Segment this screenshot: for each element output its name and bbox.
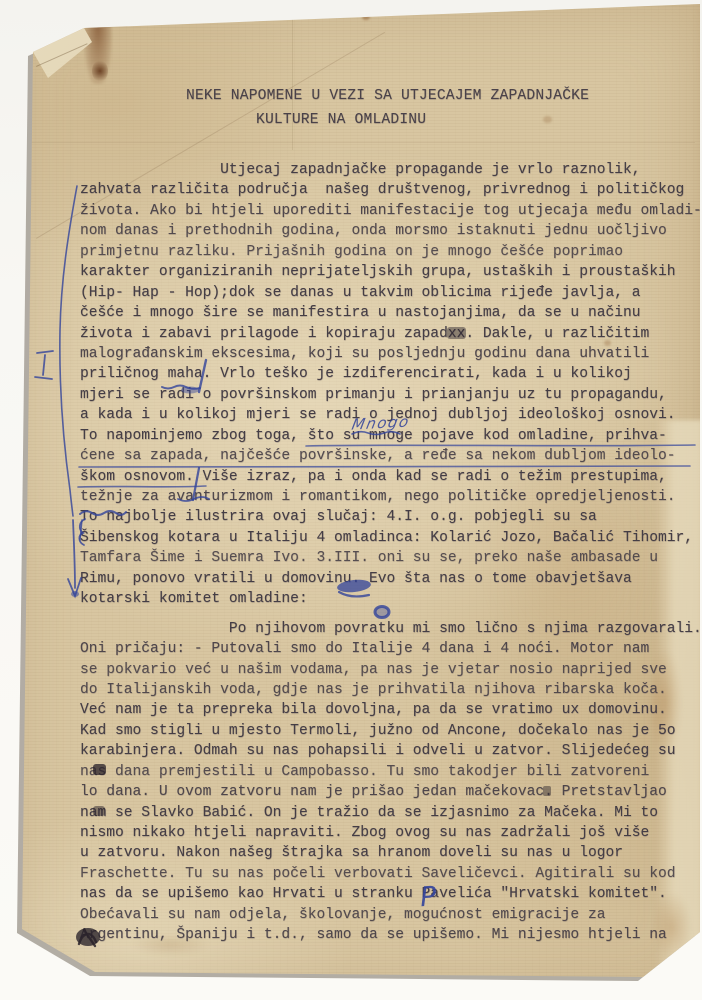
typed-line: Rimu, ponovo vratili u domovinu. Evo šta… xyxy=(80,569,702,589)
typed-line: To najbolje ilustrira ovaj slučaj: 4.I. … xyxy=(80,507,702,527)
typed-line: nas da se upišemo kao Hrvati u stranku P… xyxy=(80,884,702,904)
typed-line: Šibenskog kotara u Italiju 4 omladinca: … xyxy=(80,528,702,548)
typed-line: nas dana premjestili u Campobasso. Tu sm… xyxy=(80,762,702,782)
crease-line xyxy=(30,142,695,143)
typed-line: lo dana. U ovom zatvoru nam je prišao je… xyxy=(80,782,702,802)
margin-line-ink xyxy=(60,186,77,516)
document-title-line-2: KULTURE NA OMLADINU xyxy=(256,110,426,130)
typed-body: Utjecaj zapadnjačke propagande je vrlo r… xyxy=(80,160,702,946)
typed-line: češće i mnogo šire se manifestira u nast… xyxy=(80,303,702,323)
paper-sheet: NEKE NAPOMENE U VEZI SA UTJECAJEM ZAPADN… xyxy=(0,0,702,1000)
margin-arrow-blot xyxy=(71,591,79,597)
typed-line: Tamfara Šime i Suemra Ivo. 3.III. oni su… xyxy=(80,548,702,568)
typed-line: Obećavali su nam odjela, školovanje, mog… xyxy=(80,905,702,925)
typed-line: Oni pričaju: - Putovali smo do Italije 4… xyxy=(80,639,702,659)
typed-line: Po njihovom povratku mi smo lično s njim… xyxy=(80,619,702,639)
typed-line: karabinjera. Odmah su nas pohapsili i od… xyxy=(80,741,702,761)
fold-crease xyxy=(36,43,88,67)
typed-line: života. Ako bi htjeli uporediti manifest… xyxy=(80,201,702,221)
typed-line: nismo nikako htjeli napraviti. Zbog ovog… xyxy=(80,823,702,843)
margin-mark-bar-bottom xyxy=(35,377,52,379)
typed-line: (Hip- Hap - Hop);dok se danas u takvim o… xyxy=(80,283,702,303)
age-spot xyxy=(362,14,370,20)
margin-arrow-ink xyxy=(73,520,75,588)
typed-line: škom osnovom. Više izraz, pa i onda kad … xyxy=(80,467,702,487)
typed-line: mjeri se radi o površinskom primanju i p… xyxy=(80,385,702,405)
typed-line: priličnog maha. Vrlo teško je izdiferenc… xyxy=(80,364,702,384)
age-spot xyxy=(543,116,552,123)
typed-line: do Italijanskih voda, gdje nas je prihva… xyxy=(80,680,702,700)
margin-mark-bar-top xyxy=(37,351,53,353)
margin-mark-stem xyxy=(43,355,45,375)
typed-line: težnje za avanturizmom i romantikom, neg… xyxy=(80,487,702,507)
typed-line: zahvata različita područja našeg društve… xyxy=(80,180,702,200)
typed-line: primjetnu razliku. Prijašnih godina on j… xyxy=(80,242,702,262)
typed-line: života i zabavi prilagode i kopiraju zap… xyxy=(80,324,702,344)
typed-line: se pokvario već u našim vodama, pa nas j… xyxy=(80,660,702,680)
typed-line: Utjecaj zapadnjačke propagande je vrlo r… xyxy=(80,160,702,180)
typed-line: ćene sa zapada, najčešće površinske, a r… xyxy=(80,446,702,466)
rust-stain xyxy=(92,60,108,82)
scanned-document-page: NEKE NAPOMENE U VEZI SA UTJECAJEM ZAPADN… xyxy=(0,0,702,1000)
typed-line: Kad smo stigli u mjesto Termoli, južno o… xyxy=(80,721,702,741)
typed-line: Argentinu, Španiju i t.d., samo da se up… xyxy=(80,925,702,945)
rust-stain xyxy=(88,2,98,16)
handwritten-inserted-word: Mnogo xyxy=(350,412,411,433)
typed-line: u zatvoru. Nakon našeg štrajka sa hranom… xyxy=(80,843,702,863)
typed-line: nam se Slavko Babić. On je tražio da se … xyxy=(80,803,702,823)
typed-line: Već nam je ta prepreka bila dovoljna, pa… xyxy=(80,700,702,720)
typed-line: malograđanskim ekscesima, koji su poslje… xyxy=(80,344,702,364)
rust-stain xyxy=(84,6,112,84)
typed-line: kotarski komitet omladine: xyxy=(80,589,702,609)
typed-line: nom danas i prethodnih godina, onda mors… xyxy=(80,221,702,241)
typed-line: karakter organiziranih neprijateljskih g… xyxy=(80,262,702,282)
typed-line: Fraschette. Tu su nas počeli verbovati S… xyxy=(80,864,702,884)
document-title-line-1: NEKE NAPOMENE U VEZI SA UTJECAJEM ZAPADN… xyxy=(186,86,589,106)
